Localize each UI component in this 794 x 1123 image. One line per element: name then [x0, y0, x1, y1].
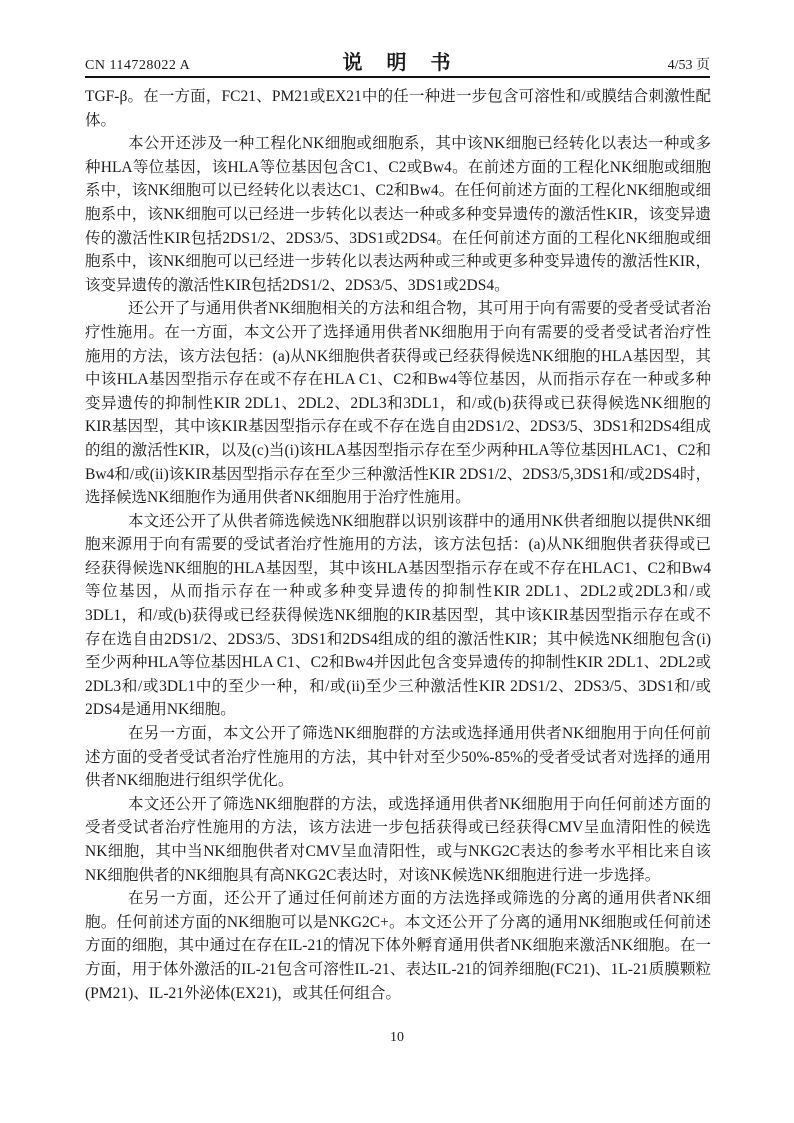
paragraph-continuation: TGF-β。在一方面，FC21、PM21或EX21中的任一种进一步包含可溶性和/…: [85, 85, 711, 132]
paragraph: 在另一方面，还公开了通过任何前述方面的方法选择或筛选的分离的通用供者NK细胞。任…: [85, 887, 711, 1005]
paragraph: 本文还公开了筛选NK细胞群的方法，或选择通用供者NK细胞用于向任何前述方面的受者…: [85, 793, 711, 887]
paragraph: 还公开了与通用供者NK细胞相关的方法和组合物，其可用于向有需要的受者受试者治疗性…: [85, 297, 711, 509]
paragraph: 本公开还涉及一种工程化NK细胞或细胞系，其中该NK细胞已经转化以表达一种或多种H…: [85, 132, 711, 297]
paragraph: 本文还公开了从供者筛选候选NK细胞群以识别该群中的通用NK供者细胞以提供NK细胞…: [85, 510, 711, 722]
page-header: CN 114728022 A 说 明 书 4/53 页: [85, 46, 710, 75]
header-divider: [85, 76, 710, 78]
paragraph: 在另一方面，本文公开了筛选NK细胞群的方法或选择通用供者NK细胞用于向任何前述方…: [85, 722, 711, 793]
sheet-page-indicator: 4/53 页: [510, 54, 710, 74]
specification-body: TGF-β。在一方面，FC21、PM21或EX21中的任一种进一步包含可溶性和/…: [85, 85, 711, 1005]
page-number: 10: [390, 1030, 404, 1045]
patent-number: CN 114728022 A: [85, 58, 285, 74]
document-title: 说 明 书: [285, 46, 510, 75]
patent-document-page: CN 114728022 A 说 明 书 4/53 页 TGF-β。在一方面，F…: [0, 0, 794, 1123]
page-footer: 10: [0, 1030, 794, 1046]
